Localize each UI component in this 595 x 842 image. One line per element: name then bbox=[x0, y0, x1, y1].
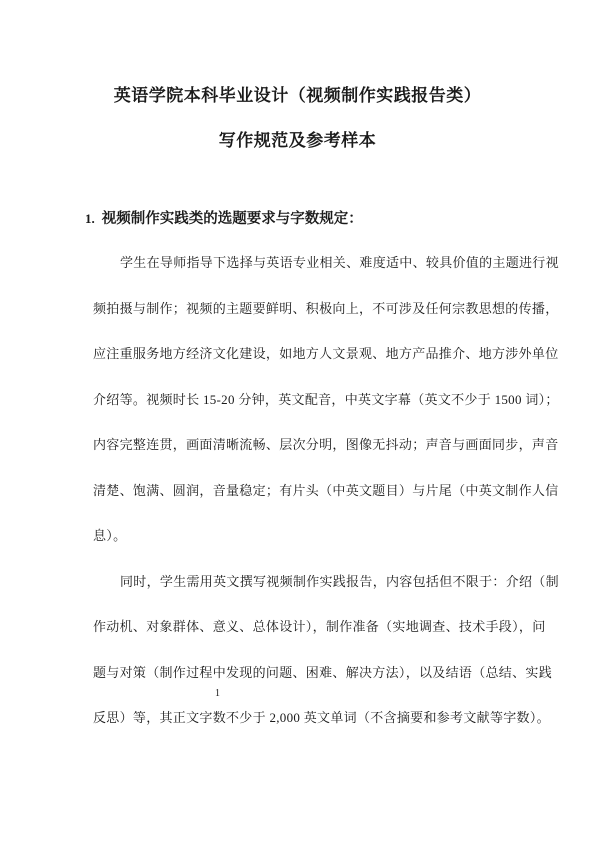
text-line: 作动机、对象群体、意义、总体设计），制作准备（实地调查、技术手段），问 bbox=[93, 604, 515, 650]
text-line: 内容完整连贯，画面清晰流畅、层次分明，图像无抖动；声音与画面同步，声音 bbox=[93, 422, 515, 468]
title-line-2: 写作规范及参考样本 bbox=[0, 118, 595, 163]
document-page: 英语学院本科毕业设计（视频制作实践报告类） 写作规范及参考样本 1.视频制作实践… bbox=[0, 0, 595, 842]
section-1-heading-text: 视频制作实践类的选题要求与字数规定： bbox=[102, 211, 363, 227]
paragraph-2: 同时，学生需用英文撰写视频制作实践报告，内容包括但不限于：介绍（制 作动机、对象… bbox=[93, 559, 515, 741]
text-line: 介绍等。视频时长 15-20 分钟，英文配音，中英文字幕（英文不少于 1500 … bbox=[93, 377, 515, 423]
section-1-number: 1. bbox=[85, 211, 95, 226]
text-line: 同时，学生需用英文撰写视频制作实践报告，内容包括但不限于：介绍（制 bbox=[93, 559, 515, 605]
text-line: 息）。 bbox=[93, 513, 515, 559]
text-line: 反思）等，其正文字数不少于 2,000 英文单词（不含摘要和参考文献等字数）。 bbox=[93, 695, 515, 741]
document-title: 英语学院本科毕业设计（视频制作实践报告类） 写作规范及参考样本 bbox=[0, 73, 595, 163]
body-text: 学生在导师指导下选择与英语专业相关、难度适中、较具价值的主题进行视 频拍摄与制作… bbox=[93, 240, 515, 741]
footnote-number: 1 bbox=[215, 688, 220, 700]
text-line: 频拍摄与制作；视频的主题要鲜明、积极向上，不可涉及任何宗教思想的传播， bbox=[93, 286, 515, 332]
text-line: 清楚、饱满、圆润，音量稳定；有片头（中英文题目）与片尾（中英文制作人信 bbox=[93, 468, 515, 514]
section-1-heading: 1.视频制作实践类的选题要求与字数规定： bbox=[85, 196, 545, 242]
text-line: 学生在导师指导下选择与英语专业相关、难度适中、较具价值的主题进行视 bbox=[93, 240, 515, 286]
paragraph-1: 学生在导师指导下选择与英语专业相关、难度适中、较具价值的主题进行视 频拍摄与制作… bbox=[93, 240, 515, 559]
title-line-1: 英语学院本科毕业设计（视频制作实践报告类） bbox=[0, 73, 595, 118]
text-line: 题与对策（制作过程中发现的问题、困难、解决方法），以及结语（总结、实践 bbox=[93, 650, 515, 696]
text-line: 应注重服务地方经济文化建设，如地方人文景观、地方产品推介、地方涉外单位 bbox=[93, 331, 515, 377]
